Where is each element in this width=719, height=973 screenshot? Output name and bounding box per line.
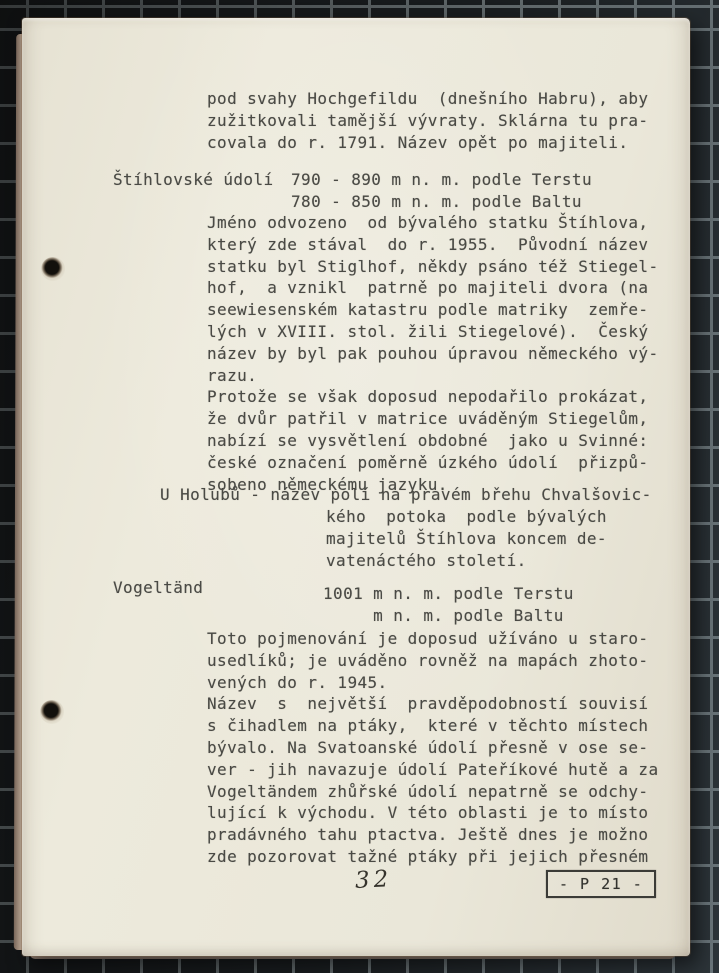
vogeltand-paragraph-1: Toto pojmenování je doposud užíváno u st… [207,628,658,693]
u-holubu-continuation: kého potoka podle bývalých majitelů Štíh… [326,506,607,571]
vogeltand-elevation-lines: 1001 m n. m. podle Terstu m n. m. podle … [323,583,574,627]
entry-term-stihlovske-udoli: Štíhlovské údolí [113,169,274,191]
entry-term-u-holubu-line: U Holubů - název polí na pravém břehu Ch… [160,484,652,506]
entry-term-vogeltand: Vogeltänd [113,577,203,599]
stamp-text: - P 21 - [559,875,643,893]
vogeltand-paragraph-2: Název s největší pravděpodobností souvis… [207,693,658,867]
stihlovske-paragraph-1: Jméno odvozeno od bývalého statku Štíhlo… [207,212,658,386]
scanned-page: pod svahy Hochgefildu (dnešního Habru), … [22,18,690,956]
photo-background-tiles: pod svahy Hochgefildu (dnešního Habru), … [0,0,719,973]
stihlovske-paragraph-2: Protože se však doposud nepodařilo proká… [207,386,658,495]
handwritten-page-number: 32 [354,866,393,894]
stamp-box: - P 21 - [546,870,656,898]
punch-hole-top [41,257,65,281]
vogeltand-body: Toto pojmenování je doposud užíváno u st… [207,628,658,868]
stihlovske-elevation-lines: 790 - 890 m n. m. podle Terstu 780 - 850… [291,169,592,213]
intro-paragraph: pod svahy Hochgefildu (dnešního Habru), … [207,88,648,153]
punch-hole-bottom [40,700,64,724]
stihlovske-body: Jméno odvozeno od bývalého statku Štíhlo… [207,212,658,495]
